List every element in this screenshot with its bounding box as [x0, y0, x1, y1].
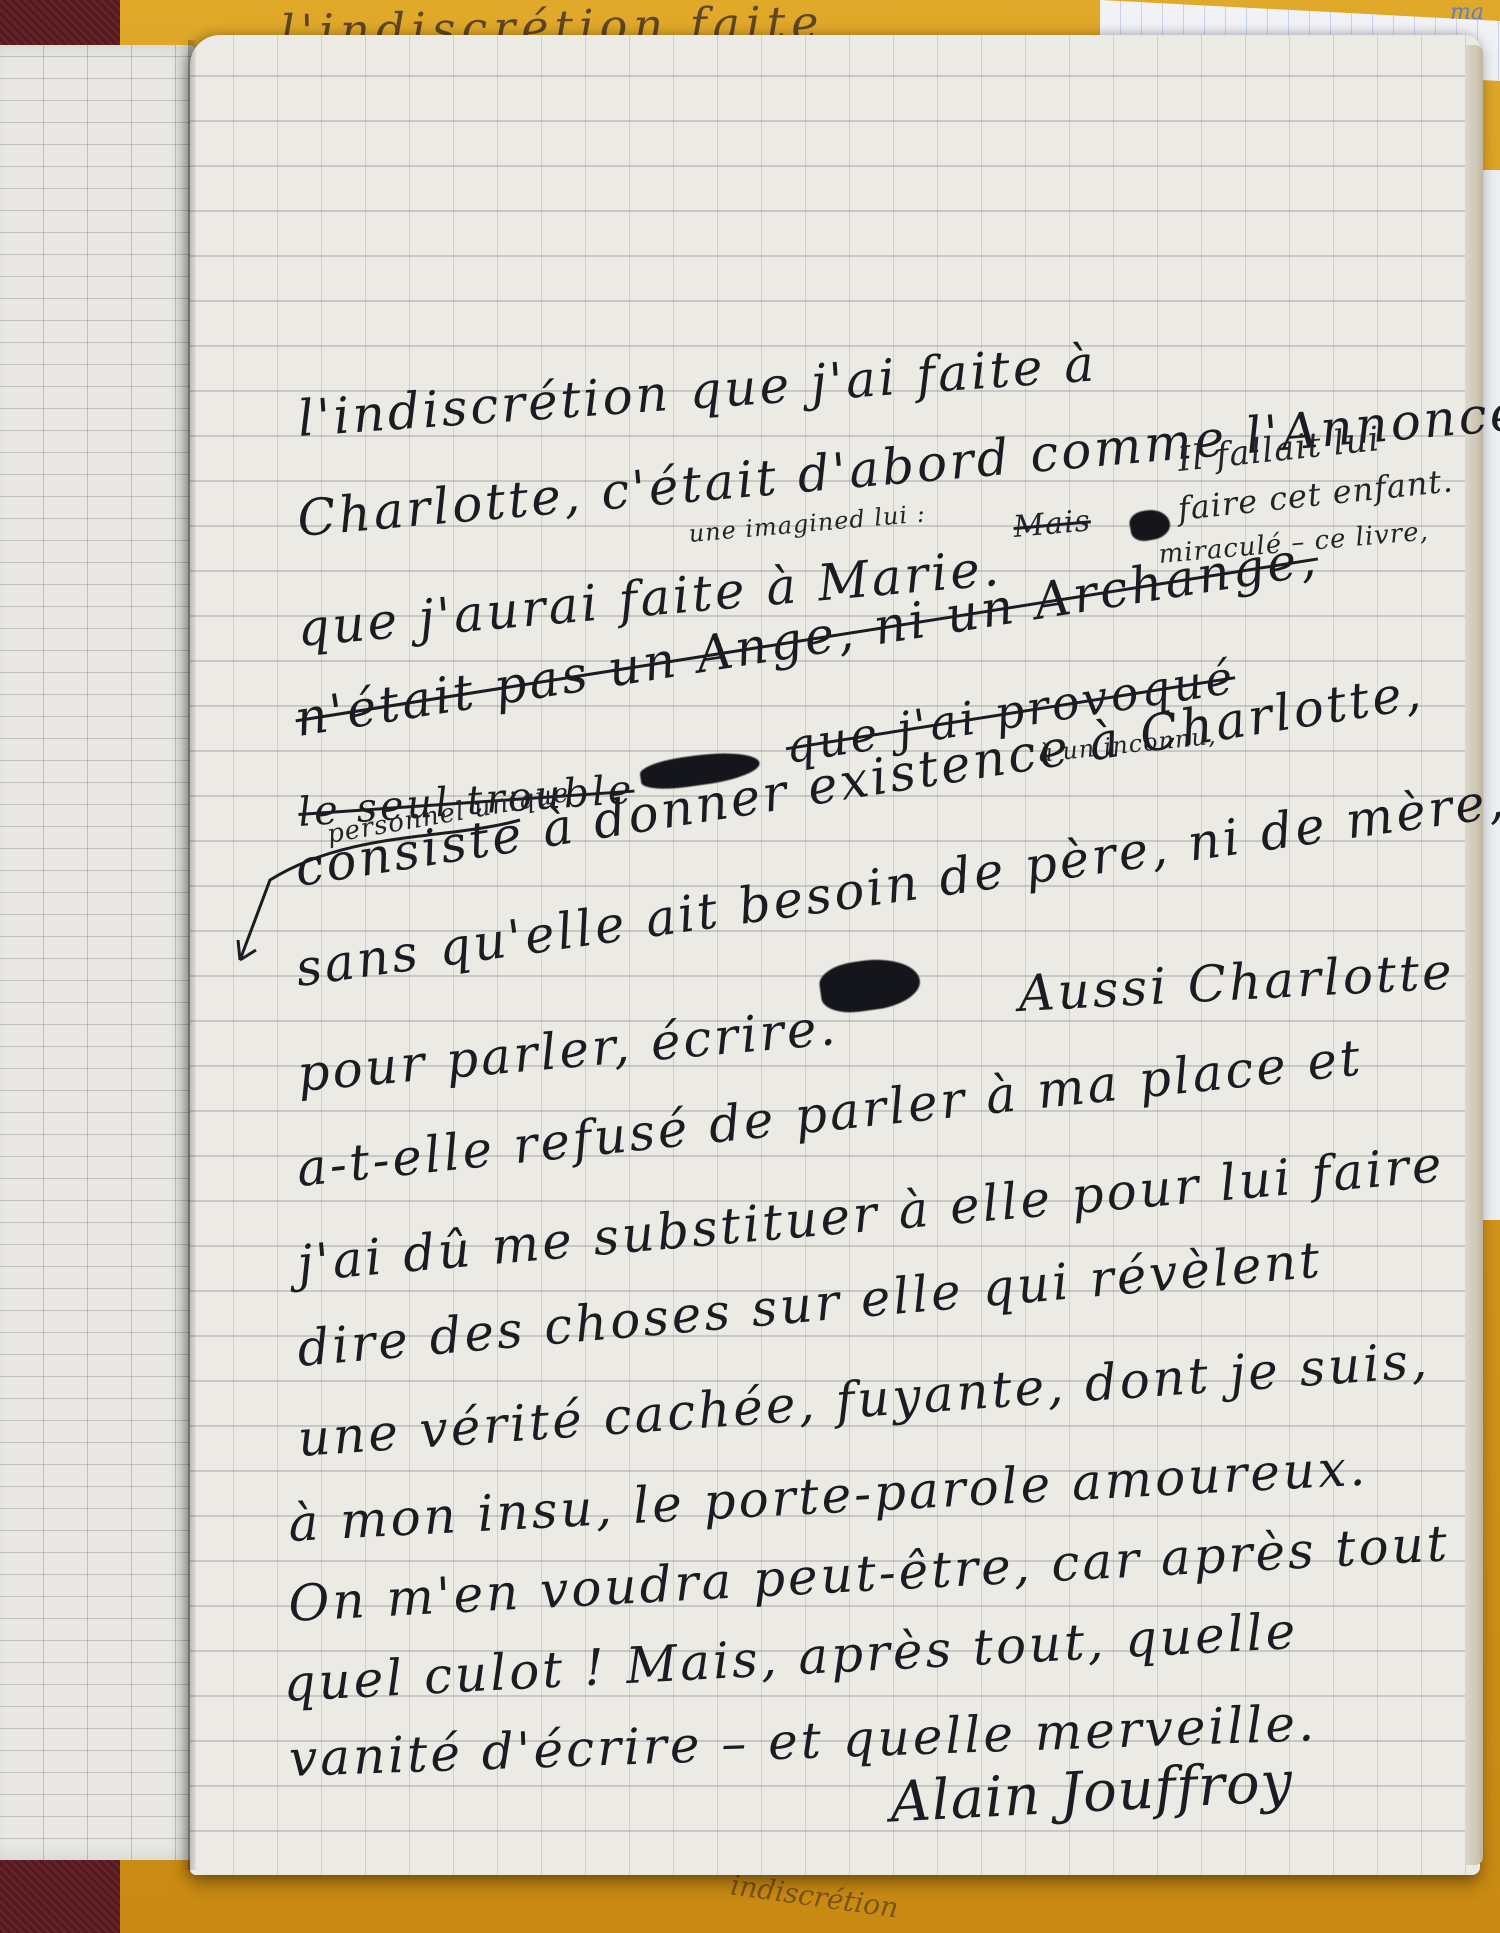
manuscript: l'indiscrétion que j'ai faite à Charlott…: [0, 0, 1500, 1933]
manuscript-line-8a: pour parler, écrire.: [295, 998, 840, 1103]
manuscript-line-8b: Aussi Charlotte: [1017, 942, 1456, 1023]
insertion-arrow-icon: [230, 800, 530, 980]
ink-scribble-3: [817, 953, 923, 1016]
struck-word-mais: Mais: [1012, 503, 1092, 545]
ink-scribble-1: [1128, 507, 1173, 543]
